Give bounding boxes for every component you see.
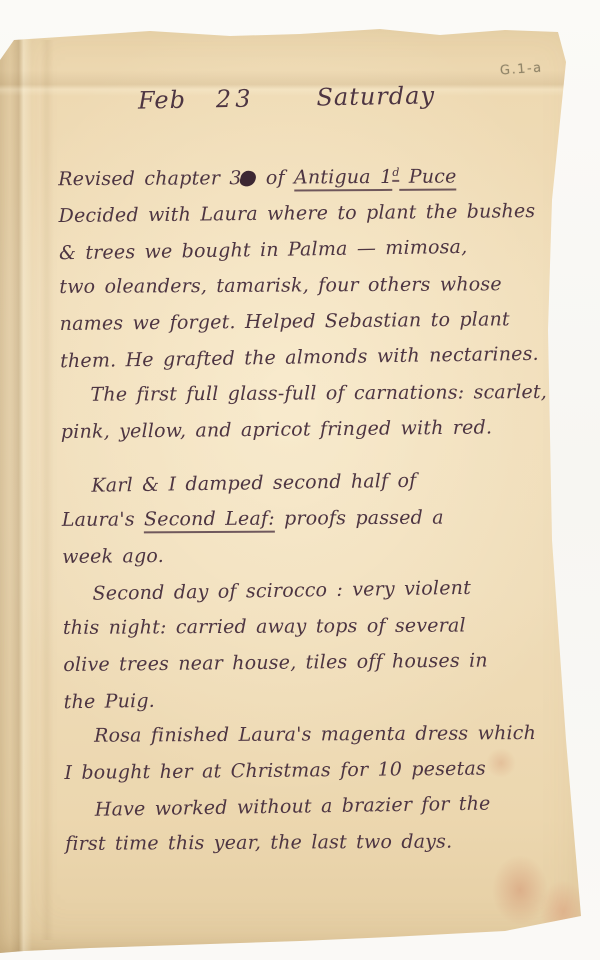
text-segment: two oleanders, tamarisk, four others who… bbox=[59, 274, 502, 299]
text-segment: Antigua 1 bbox=[294, 166, 392, 192]
text-segment: olive trees near house, tiles off houses… bbox=[63, 650, 488, 676]
text-segment: week ago. bbox=[62, 545, 164, 568]
entry-line: this night: carried away tops of several bbox=[63, 607, 545, 646]
diary-page-paper: G.1-a Feb 23 Saturday Revised chapter 3 … bbox=[0, 0, 600, 960]
text-segment: Karl & I damped second half of bbox=[91, 470, 416, 497]
entry-line: Second day of scirocco : very violent bbox=[62, 569, 545, 613]
entry-line: first time this year, the last two days. bbox=[65, 823, 547, 862]
text-segment: pink, yellow, and apricot fringed with r… bbox=[61, 417, 493, 444]
vertical-fold-crease bbox=[10, 34, 32, 952]
entry-line: pink, yellow, and apricot fringed with r… bbox=[61, 409, 543, 450]
paper-stain bbox=[548, 250, 574, 370]
text-segment: Puce bbox=[400, 166, 457, 191]
text-segment: Decided with Laura where to plant the bu… bbox=[58, 200, 535, 227]
entry-line: The first full glass-full of carnations:… bbox=[60, 374, 542, 413]
text-segment: I bought her at Christmas for 10 pesetas bbox=[64, 758, 486, 784]
date-day: 23 bbox=[216, 85, 255, 114]
text-segment: Second Leaf: bbox=[144, 508, 275, 534]
text-segment: this night: carried away tops of several bbox=[63, 615, 466, 639]
weekday: Saturday bbox=[316, 81, 435, 111]
text-segment: of bbox=[257, 167, 294, 189]
entry-line: Laura's Second Leaf: proofs passed a bbox=[62, 499, 544, 538]
entry-line: Revised chapter 3 of Antigua 1d Puce bbox=[58, 154, 540, 197]
pencil-archive-mark: G.1-a bbox=[500, 61, 544, 79]
text-segment: Have worked without a brazier for the bbox=[95, 793, 491, 821]
entry-line: two oleanders, tamarisk, four others who… bbox=[59, 266, 541, 305]
text-segment: the Puig. bbox=[64, 690, 156, 713]
entry-lines: Revised chapter 3 of Antigua 1d PuceDeci… bbox=[58, 153, 547, 863]
vertical-fold-crease-2 bbox=[40, 40, 54, 940]
entry-line: the Puig. bbox=[63, 677, 546, 721]
date-month: Feb bbox=[138, 86, 186, 115]
text-segment: them. He grafted the almonds with nectar… bbox=[60, 343, 539, 373]
date-heading: Feb 23 Saturday bbox=[138, 81, 435, 114]
text-segment: & trees we bought in Palma — mimosa, bbox=[59, 236, 468, 264]
text-segment: Rosa finished Laura's magenta dress whic… bbox=[94, 722, 536, 747]
text-segment: Second day of scirocco : very violent bbox=[92, 577, 471, 605]
text-segment: names we forget. Helped Sebastian to pla… bbox=[60, 309, 510, 336]
ink-blot bbox=[239, 169, 257, 188]
entry-line: & trees we bought in Palma — mimosa, bbox=[59, 228, 542, 272]
entry-line: them. He grafted the almonds with nectar… bbox=[60, 336, 543, 380]
paper-stain bbox=[540, 880, 586, 942]
text-segment: The first full glass-full of carnations:… bbox=[90, 381, 547, 406]
entry-line: Karl & I damped second half of bbox=[61, 461, 544, 505]
text-segment: first time this year, the last two days. bbox=[65, 831, 452, 855]
text-segment: Revised chapter bbox=[58, 167, 229, 190]
text-segment: proofs passed a bbox=[275, 507, 444, 530]
entry-line: Rosa finished Laura's magenta dress whic… bbox=[64, 715, 546, 754]
entry-line: Have worked without a brazier for the bbox=[65, 785, 548, 829]
text-segment: Laura's bbox=[62, 509, 144, 532]
